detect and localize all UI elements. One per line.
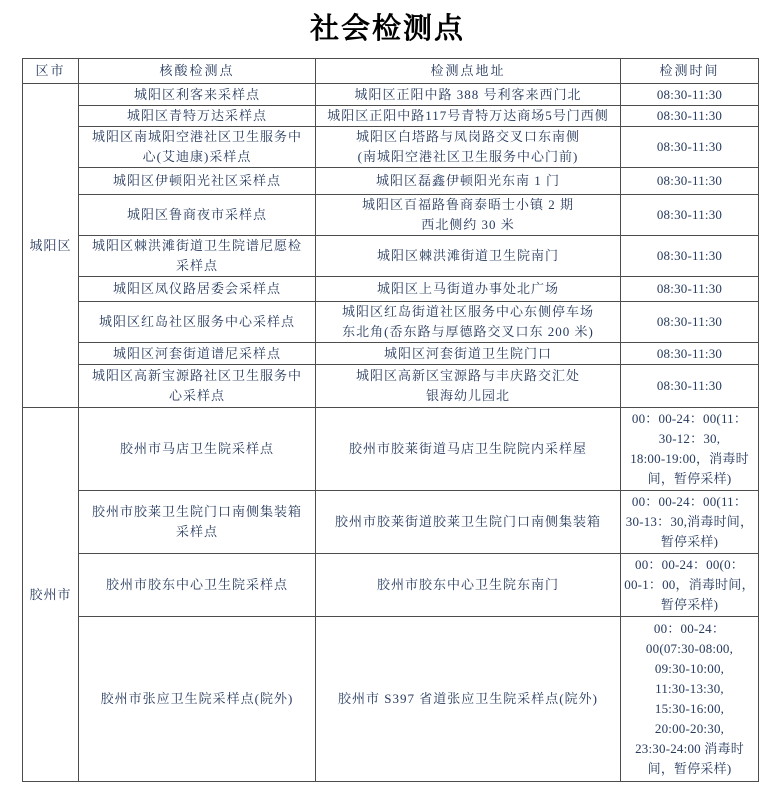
address-cell: 城阳区白塔路与凤岗路交叉口东南侧 (南城阳空港社区卫生服务中心门前) <box>316 127 621 168</box>
site-cell: 城阳区河套街道谱尼采样点 <box>79 343 316 365</box>
time-cell: 08:30-11:30 <box>621 168 759 195</box>
testing-points-table: 区市 核酸检测点 检测点地址 检测时间 城阳区城阳区利客来采样点城阳区正阳中路 … <box>22 58 759 782</box>
address-cell: 城阳区棘洪滩街道卫生院南门 <box>316 236 621 277</box>
header-cell-district: 区市 <box>23 59 79 84</box>
header-cell-site: 核酸检测点 <box>79 59 316 84</box>
header-cell-address: 检测点地址 <box>316 59 621 84</box>
address-cell: 胶州市胶莱街道马店卫生院院内采样屋 <box>316 408 621 491</box>
site-cell: 城阳区高新宝源路社区卫生服务中 心采样点 <box>79 365 316 408</box>
site-cell: 胶州市胶东中心卫生院采样点 <box>79 554 316 617</box>
address-cell: 城阳区河套街道卫生院门口 <box>316 343 621 365</box>
header-cell-time: 检测时间 <box>621 59 759 84</box>
time-cell: 08:30-11:30 <box>621 236 759 277</box>
time-cell: 08:30-11:30 <box>621 343 759 365</box>
table-row: 城阳区鲁商夜市采样点城阳区百福路鲁商泰晤士小镇 2 期 西北侧约 30 米08:… <box>23 195 759 236</box>
time-cell: 00：00-24：00(11： 30-13：30,消毒时间， 暂停采样) <box>621 491 759 554</box>
header-row: 区市 核酸检测点 检测点地址 检测时间 <box>23 59 759 84</box>
address-cell: 胶州市 S397 省道张应卫生院采样点(院外) <box>316 617 621 782</box>
table-row: 胶州市张应卫生院采样点(院外)胶州市 S397 省道张应卫生院采样点(院外)00… <box>23 617 759 782</box>
table-row: 城阳区南城阳空港社区卫生服务中 心(艾迪康)采样点城阳区白塔路与凤岗路交叉口东南… <box>23 127 759 168</box>
time-cell: 08:30-11:30 <box>621 127 759 168</box>
table-row: 胶州市胶州市马店卫生院采样点胶州市胶莱街道马店卫生院院内采样屋00：00-24：… <box>23 408 759 491</box>
address-cell: 城阳区磊鑫伊顿阳光东南 1 门 <box>316 168 621 195</box>
time-cell: 00：00-24： 00(07:30-08:00, 09:30-10:00, 1… <box>621 617 759 782</box>
time-cell: 08:30-11:30 <box>621 302 759 343</box>
site-cell: 城阳区利客来采样点 <box>79 84 316 106</box>
table-row: 胶州市胶莱卫生院门口南侧集装箱 采样点胶州市胶莱街道胶莱卫生院门口南侧集装箱00… <box>23 491 759 554</box>
address-cell: 胶州市胶莱街道胶莱卫生院门口南侧集装箱 <box>316 491 621 554</box>
table-row: 城阳区城阳区利客来采样点城阳区正阳中路 388 号利客来西门北08:30-11:… <box>23 84 759 106</box>
time-cell: 08:30-11:30 <box>621 277 759 302</box>
address-cell: 城阳区正阳中路 388 号利客来西门北 <box>316 84 621 106</box>
address-cell: 城阳区正阳中路117号青特万达商场5号门西侧 <box>316 106 621 127</box>
address-cell: 城阳区百福路鲁商泰晤士小镇 2 期 西北侧约 30 米 <box>316 195 621 236</box>
time-cell: 08:30-11:30 <box>621 195 759 236</box>
address-cell: 城阳区上马街道办事处北广场 <box>316 277 621 302</box>
table-row: 城阳区青特万达采样点城阳区正阳中路117号青特万达商场5号门西侧08:30-11… <box>23 106 759 127</box>
site-cell: 城阳区南城阳空港社区卫生服务中 心(艾迪康)采样点 <box>79 127 316 168</box>
site-cell: 胶州市马店卫生院采样点 <box>79 408 316 491</box>
site-cell: 胶州市张应卫生院采样点(院外) <box>79 617 316 782</box>
site-cell: 城阳区凤仪路居委会采样点 <box>79 277 316 302</box>
site-cell: 城阳区青特万达采样点 <box>79 106 316 127</box>
address-cell: 胶州市胶东中心卫生院东南门 <box>316 554 621 617</box>
table-row: 城阳区高新宝源路社区卫生服务中 心采样点城阳区高新区宝源路与丰庆路交汇处 银海幼… <box>23 365 759 408</box>
table-row: 城阳区红岛社区服务中心采样点城阳区红岛街道社区服务中心东侧停车场 东北角(岙东路… <box>23 302 759 343</box>
site-cell: 城阳区红岛社区服务中心采样点 <box>79 302 316 343</box>
table-row: 城阳区河套街道谱尼采样点城阳区河套街道卫生院门口08:30-11:30 <box>23 343 759 365</box>
address-cell: 城阳区红岛街道社区服务中心东侧停车场 东北角(岙东路与厚德路交叉口东 200 米… <box>316 302 621 343</box>
page-title: 社会检测点 <box>0 10 775 48</box>
site-cell: 城阳区棘洪滩街道卫生院谱尼愿检 采样点 <box>79 236 316 277</box>
site-cell: 城阳区伊顿阳光社区采样点 <box>79 168 316 195</box>
district-cell: 城阳区 <box>23 84 79 408</box>
site-cell: 城阳区鲁商夜市采样点 <box>79 195 316 236</box>
time-cell: 00：00-24：00(0： 00-1：00，消毒时间， 暂停采样) <box>621 554 759 617</box>
table-body: 城阳区城阳区利客来采样点城阳区正阳中路 388 号利客来西门北08:30-11:… <box>23 84 759 782</box>
table-row: 城阳区凤仪路居委会采样点城阳区上马街道办事处北广场08:30-11:30 <box>23 277 759 302</box>
table-row: 城阳区伊顿阳光社区采样点城阳区磊鑫伊顿阳光东南 1 门08:30-11:30 <box>23 168 759 195</box>
table-row: 胶州市胶东中心卫生院采样点胶州市胶东中心卫生院东南门00：00-24：00(0：… <box>23 554 759 617</box>
time-cell: 00：00-24：00(11： 30-12：30, 18:00-19:00，消毒… <box>621 408 759 491</box>
table-row: 城阳区棘洪滩街道卫生院谱尼愿检 采样点城阳区棘洪滩街道卫生院南门08:30-11… <box>23 236 759 277</box>
district-cell: 胶州市 <box>23 408 79 782</box>
time-cell: 08:30-11:30 <box>621 106 759 127</box>
site-cell: 胶州市胶莱卫生院门口南侧集装箱 采样点 <box>79 491 316 554</box>
time-cell: 08:30-11:30 <box>621 365 759 408</box>
time-cell: 08:30-11:30 <box>621 84 759 106</box>
address-cell: 城阳区高新区宝源路与丰庆路交汇处 银海幼儿园北 <box>316 365 621 408</box>
